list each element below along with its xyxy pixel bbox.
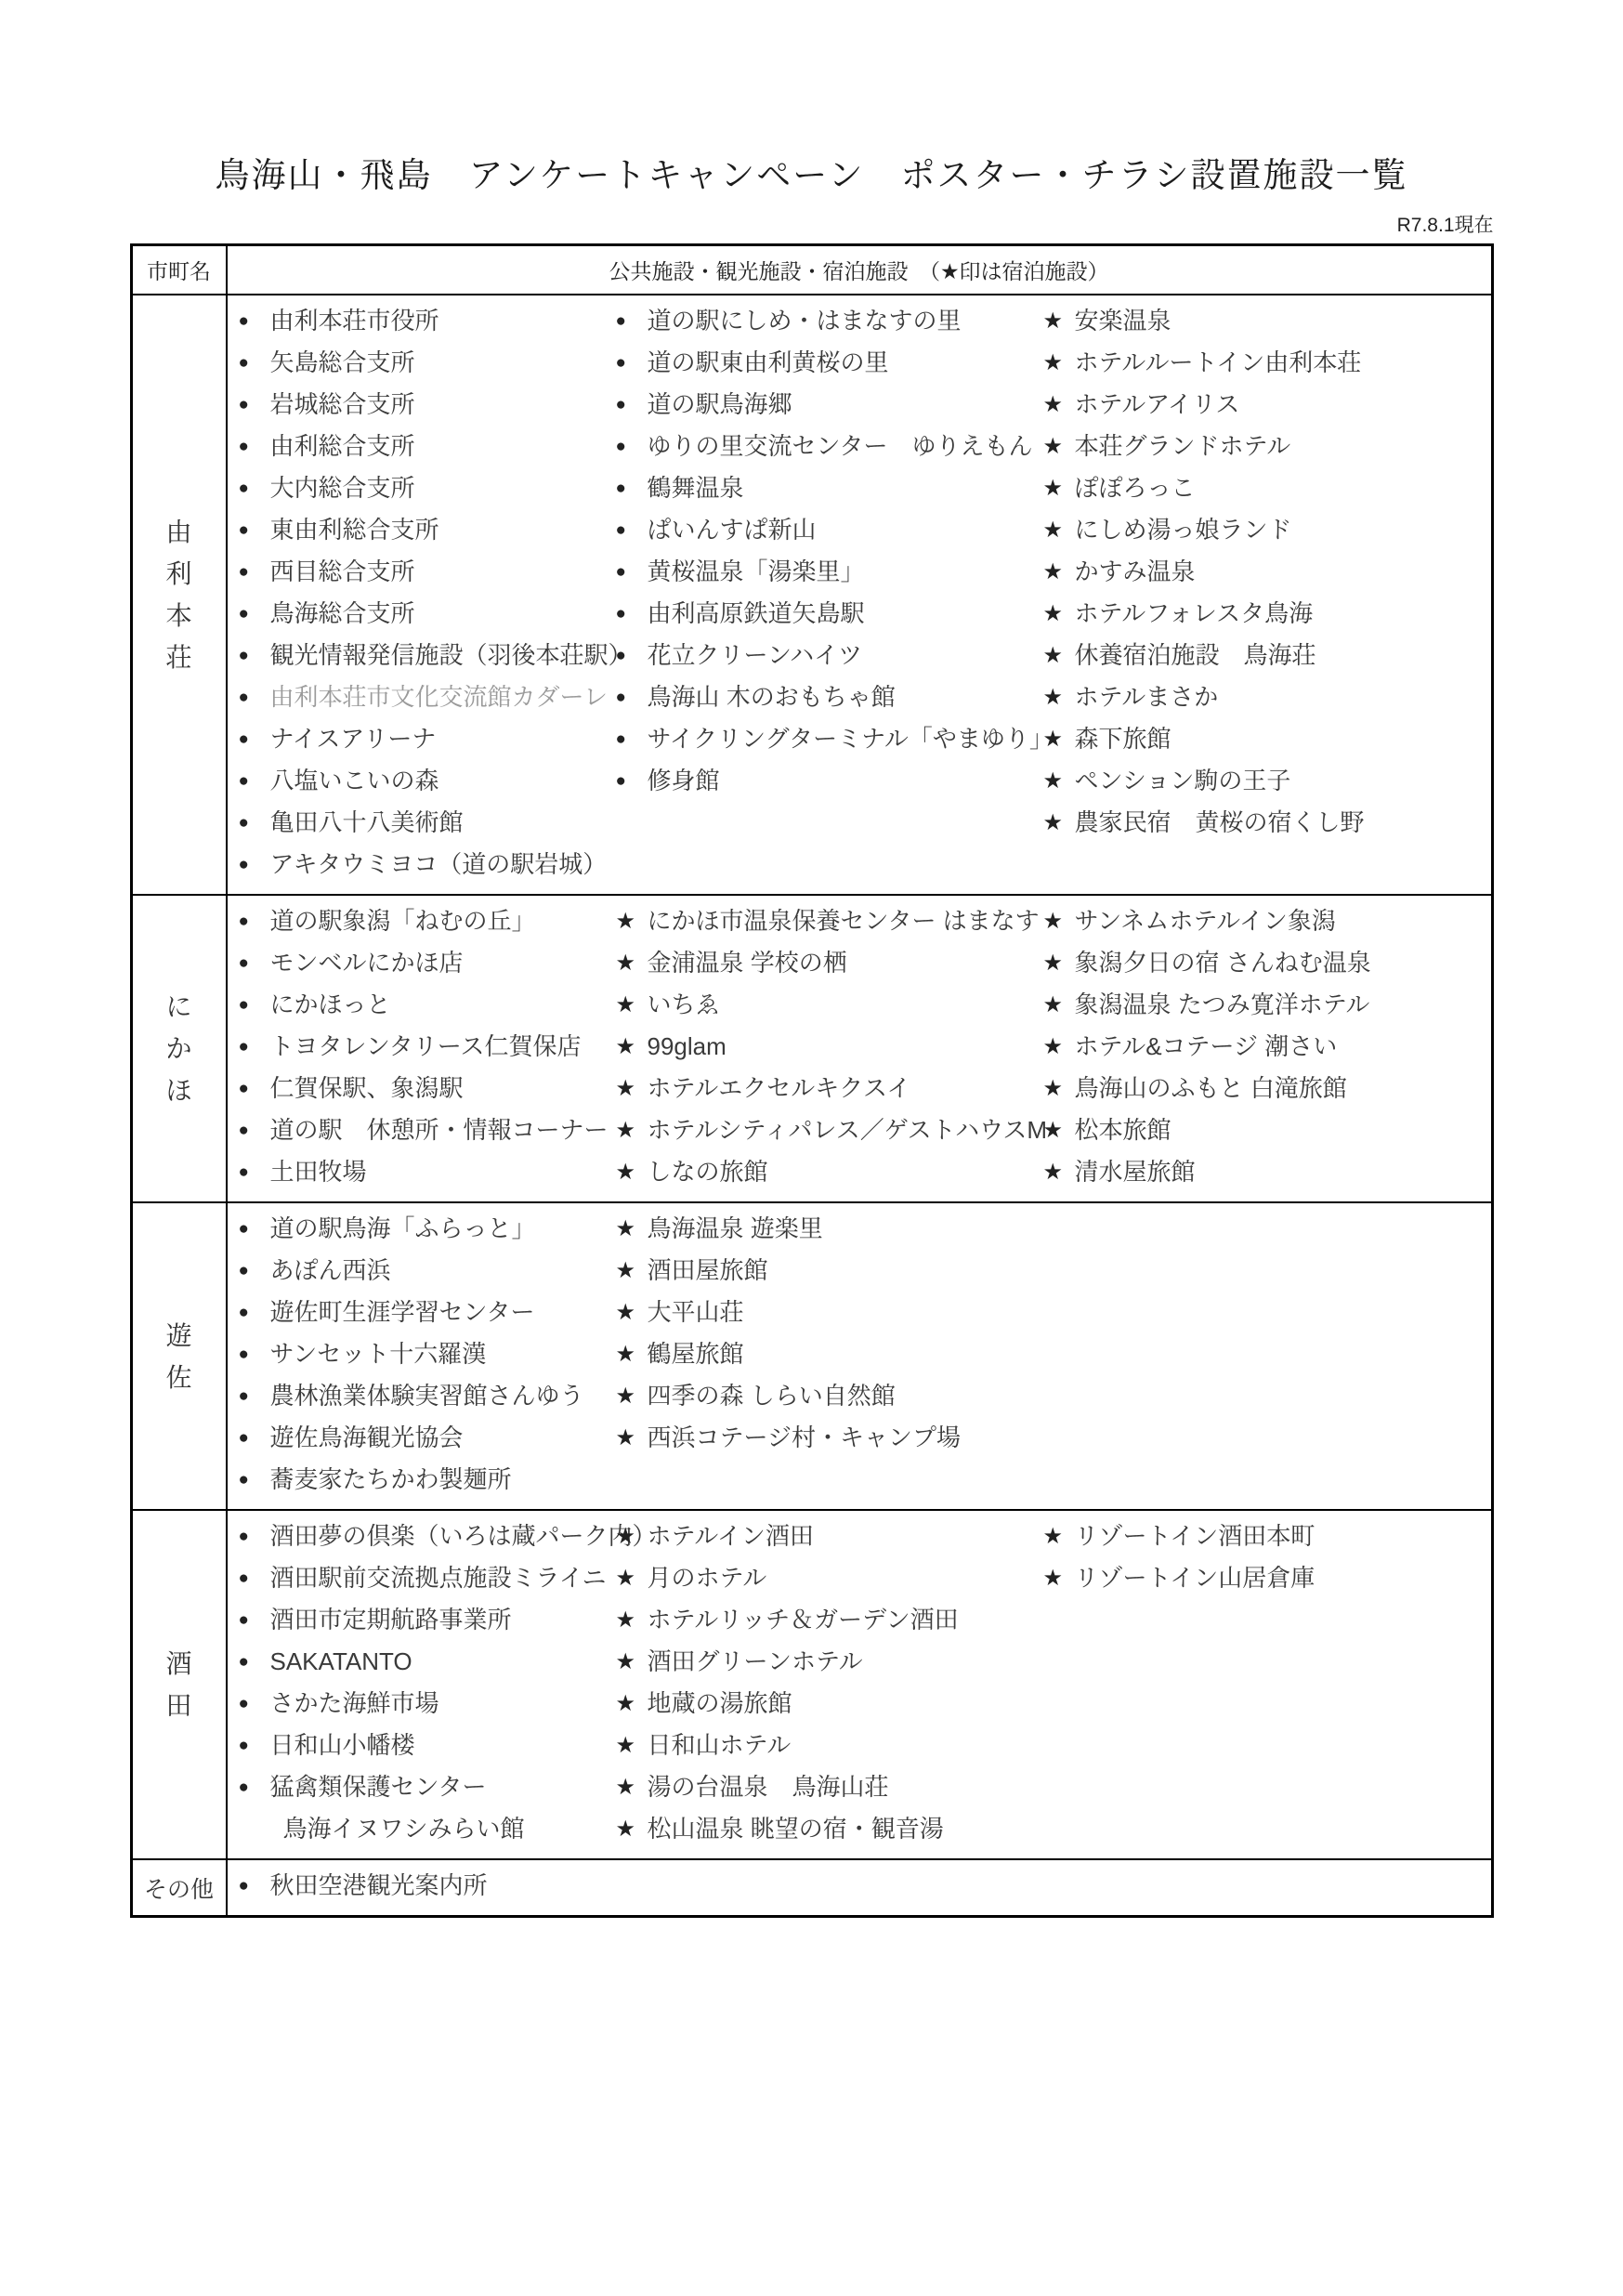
facility-column: ★にかほ市温泉保養センター はまなす★金浦温泉 学校の栖★いちゑ★99glam★…	[605, 900, 1032, 1193]
bullet-icon: ●	[239, 1109, 270, 1151]
facility-name: 遊佐町生涯学習センター	[270, 1292, 535, 1333]
section-row: 酒田●酒田夢の倶楽（いろは蔵パーク内）●酒田駅前交流拠点施設ミライニ●酒田市定期…	[133, 1511, 1491, 1860]
facility-name: リゾートイン酒田本町	[1075, 1515, 1315, 1557]
star-icon: ★	[616, 1333, 648, 1375]
facility-name: 鳥海総合支所	[270, 593, 415, 635]
facility-item: ★ホテルエクセルキクスイ	[605, 1068, 1032, 1109]
facility-name: ホテルフォレスタ鳥海	[1075, 593, 1314, 635]
star-icon: ★	[616, 1250, 648, 1292]
star-icon: ★	[616, 984, 648, 1026]
facility-name: 象潟夕日の宿 さんねむ温泉	[1075, 942, 1371, 984]
bullet-icon: ●	[616, 635, 648, 676]
facility-item: ●花立クリーンハイツ	[605, 635, 1032, 676]
facility-item: ●サイクリングターミナル「やまゆり」	[605, 718, 1032, 760]
facility-name: 安楽温泉	[1075, 300, 1171, 342]
table-body: 由利本荘●由利本荘市役所●矢島総合支所●岩城総合支所●由利総合支所●大内総合支所…	[133, 295, 1491, 1915]
facility-item: ●蕎麦家たちかわ製麺所	[228, 1459, 605, 1501]
facility-item: ★ホテル&コテージ 潮さい	[1032, 1026, 1491, 1068]
facility-items-cell: ●道の駅鳥海「ふらっと」●あぽん西浜●遊佐町生涯学習センター●サンセット十六羅漢…	[228, 1203, 1491, 1509]
star-icon: ★	[616, 1417, 648, 1459]
facility-name: 松本旅館	[1075, 1109, 1171, 1151]
municipality-cell: にかほ	[133, 896, 228, 1201]
facility-item: ●ぱいんすぱ新山	[605, 509, 1032, 551]
facility-name: 東由利総合支所	[270, 509, 439, 551]
bullet-icon: ●	[616, 342, 648, 384]
bullet-icon: ●	[616, 300, 648, 342]
facility-name: ホテルシティパレス／ゲストハウスM	[648, 1109, 1048, 1151]
bullet-icon: ●	[239, 300, 270, 342]
facility-item: ★大平山荘	[605, 1292, 1032, 1333]
facility-name: 花立クリーンハイツ	[648, 635, 863, 676]
facility-item: ★酒田屋旅館	[605, 1250, 1032, 1292]
star-icon: ★	[1043, 593, 1075, 635]
municipality-label: にかほ	[165, 986, 191, 1111]
page-title: 鳥海山・飛島 アンケートキャンペーン ポスター・チラシ設置施設一覧	[0, 0, 1623, 197]
facility-name: 酒田屋旅館	[648, 1250, 768, 1292]
facility-name: 月のホテル	[648, 1557, 767, 1599]
facility-item: ★象潟夕日の宿 さんねむ温泉	[1032, 942, 1491, 984]
facility-item: ★ホテルリッチ＆ガーデン酒田	[605, 1599, 1032, 1641]
municipality-header-cell: 市町名	[133, 246, 228, 294]
facility-item: ★本荘グランドホテル	[1032, 426, 1491, 467]
facility-name: 観光情報発信施設（羽後本荘駅）	[270, 635, 633, 676]
facility-name: 酒田グリーンホテル	[648, 1641, 863, 1683]
facility-item: ★松本旅館	[1032, 1109, 1491, 1151]
facility-column: ★安楽温泉★ホテルルートイン由利本荘★ホテルアイリス★本荘グランドホテル★ぽぽろ…	[1032, 300, 1491, 886]
star-icon: ★	[1043, 300, 1075, 342]
facility-name: 農家民宿 黄桜の宿くし野	[1075, 802, 1365, 844]
facility-item: ●ナイスアリーナ	[228, 718, 605, 760]
facility-name: 日和山ホテル	[648, 1725, 792, 1766]
star-icon: ★	[1043, 942, 1075, 984]
facility-column: ★リゾートイン酒田本町★リゾートイン山居倉庫	[1032, 1515, 1491, 1850]
star-icon: ★	[616, 1026, 648, 1068]
facility-name: トヨタレンタリース仁賀保店	[270, 1026, 582, 1068]
facility-name-continuation: 鳥海イヌワシみらい館	[228, 1808, 605, 1850]
facility-column: ●由利本荘市役所●矢島総合支所●岩城総合支所●由利総合支所●大内総合支所●東由利…	[228, 300, 605, 886]
municipality-label: その他	[144, 1871, 214, 1905]
facility-item: ★ホテルルートイン由利本荘	[1032, 342, 1491, 384]
section-row: 遊佐●道の駅鳥海「ふらっと」●あぽん西浜●遊佐町生涯学習センター●サンセット十六…	[133, 1203, 1491, 1511]
facility-item: ●八塩いこいの森	[228, 760, 605, 802]
facility-name: 鳥海山のふもと 白滝旅館	[1075, 1068, 1347, 1109]
facility-name: 由利本荘市役所	[270, 300, 439, 342]
star-icon: ★	[616, 942, 648, 984]
bullet-icon: ●	[239, 1417, 270, 1459]
facility-item: ●由利総合支所	[228, 426, 605, 467]
facility-name: 道の駅にしめ・はまなすの里	[648, 300, 962, 342]
document-page: 鳥海山・飛島 アンケートキャンペーン ポスター・チラシ設置施設一覧 R7.8.1…	[0, 0, 1623, 2296]
facility-name: 森下旅館	[1075, 718, 1171, 760]
facility-name: 本荘グランドホテル	[1075, 426, 1291, 467]
facility-name: 秋田空港観光案内所	[270, 1865, 488, 1907]
star-icon: ★	[1043, 509, 1075, 551]
facility-item: ●黄桜温泉「湯楽里」	[605, 551, 1032, 593]
facility-name: 四季の森 しらい自然館	[648, 1375, 896, 1417]
facility-item: ★ホテルアイリス	[1032, 384, 1491, 426]
bullet-icon: ●	[239, 676, 270, 718]
facility-item: ●西目総合支所	[228, 551, 605, 593]
facility-item: ★安楽温泉	[1032, 300, 1491, 342]
facility-name: にかほっと	[270, 984, 391, 1026]
facility-item: ★ホテルフォレスタ鳥海	[1032, 593, 1491, 635]
facility-name: 亀田八十八美術館	[270, 802, 464, 844]
bullet-icon: ●	[239, 1725, 270, 1766]
facility-name: 遊佐鳥海観光協会	[270, 1417, 464, 1459]
facility-name: ホテルルートイン由利本荘	[1075, 342, 1362, 384]
facility-item: ●岩城総合支所	[228, 384, 605, 426]
star-icon: ★	[1043, 1068, 1075, 1109]
facility-name: 99glam	[648, 1026, 726, 1068]
facility-name: サイクリングターミナル「やまゆり」	[648, 718, 1054, 760]
facility-item: ★かすみ温泉	[1032, 551, 1491, 593]
star-icon: ★	[1043, 342, 1075, 384]
facility-name: 由利高原鉄道矢島駅	[648, 593, 865, 635]
star-icon: ★	[616, 1766, 648, 1808]
facility-item: ★金浦温泉 学校の栖	[605, 942, 1032, 984]
facility-name: にしめ湯っ娘ランド	[1075, 509, 1292, 551]
facility-name: ぽぽろっこ	[1075, 467, 1196, 509]
facility-item: ●東由利総合支所	[228, 509, 605, 551]
facility-item: ●農林漁業体験実習館さんゆう	[228, 1375, 605, 1417]
bullet-icon: ●	[239, 467, 270, 509]
star-icon: ★	[616, 1808, 648, 1850]
facility-name: アキタウミヨコ（道の駅岩城）	[270, 844, 608, 886]
star-icon: ★	[616, 1151, 648, 1193]
bullet-icon: ●	[239, 1766, 270, 1808]
facility-name: 鳥海山 木のおもちゃ館	[648, 676, 896, 718]
facility-item: ★サンネムホテルイン象潟	[1032, 900, 1491, 942]
facility-name: 農林漁業体験実習館さんゆう	[270, 1375, 584, 1417]
facility-name: リゾートイン山居倉庫	[1075, 1557, 1315, 1599]
bullet-icon: ●	[239, 1208, 270, 1250]
bullet-icon: ●	[616, 760, 648, 802]
facility-name: 修身館	[648, 760, 720, 802]
facility-name: 地蔵の湯旅館	[648, 1683, 792, 1725]
bullet-icon: ●	[239, 1557, 270, 1599]
bullet-icon: ●	[616, 551, 648, 593]
facility-item: ●由利高原鉄道矢島駅	[605, 593, 1032, 635]
facility-item: ★森下旅館	[1032, 718, 1491, 760]
facility-name: 象潟温泉 たつみ寛洋ホテル	[1075, 984, 1370, 1026]
facility-item: ★松山温泉 眺望の宿・観音湯	[605, 1808, 1032, 1850]
facility-name: 鶴舞温泉	[648, 467, 744, 509]
star-icon: ★	[1043, 426, 1075, 467]
facility-items-cell: ●由利本荘市役所●矢島総合支所●岩城総合支所●由利総合支所●大内総合支所●東由利…	[228, 295, 1491, 894]
facility-item: ●道の駅 休憩所・情報コーナー	[228, 1109, 605, 1151]
facility-item: ★鳥海温泉 遊楽里	[605, 1208, 1032, 1250]
facility-item: ●道の駅鳥海郷	[605, 384, 1032, 426]
facility-item: ★鶴屋旅館	[605, 1333, 1032, 1375]
facility-item: ★にしめ湯っ娘ランド	[1032, 509, 1491, 551]
facility-name: 湯の台温泉 鳥海山荘	[648, 1766, 889, 1808]
facility-item: ●サンセット十六羅漢	[228, 1333, 605, 1375]
facility-item: ★リゾートイン酒田本町	[1032, 1515, 1491, 1557]
facility-item: ★地蔵の湯旅館	[605, 1683, 1032, 1725]
facility-name: ナイスアリーナ	[270, 718, 437, 760]
facility-name: ホテルアイリス	[1075, 384, 1240, 426]
bullet-icon: ●	[239, 1026, 270, 1068]
facility-name: 鶴屋旅館	[648, 1333, 744, 1375]
bullet-icon: ●	[616, 426, 648, 467]
facility-name: ホテルまさか	[1075, 676, 1219, 718]
facility-item: ●さかた海鮮市場	[228, 1683, 605, 1725]
facility-name: 鳥海温泉 遊楽里	[648, 1208, 823, 1250]
facility-name: あぽん西浜	[270, 1250, 391, 1292]
bullet-icon: ●	[239, 760, 270, 802]
facility-item: ●日和山小幡楼	[228, 1725, 605, 1766]
star-icon: ★	[1043, 384, 1075, 426]
star-icon: ★	[1043, 1026, 1075, 1068]
section-row: 由利本荘●由利本荘市役所●矢島総合支所●岩城総合支所●由利総合支所●大内総合支所…	[133, 295, 1491, 896]
star-icon: ★	[616, 1109, 648, 1151]
facility-name: ホテルエクセルキクスイ	[648, 1068, 911, 1109]
bullet-icon: ●	[239, 1151, 270, 1193]
bullet-icon: ●	[239, 802, 270, 844]
facility-item: ★リゾートイン山居倉庫	[1032, 1557, 1491, 1599]
facility-item: ★農家民宿 黄桜の宿くし野	[1032, 802, 1491, 844]
facility-name: 清水屋旅館	[1075, 1151, 1196, 1193]
star-icon: ★	[616, 1068, 648, 1109]
bullet-icon: ●	[239, 942, 270, 984]
star-icon: ★	[616, 1599, 648, 1641]
facility-item: ★99glam	[605, 1026, 1032, 1068]
bullet-icon: ●	[239, 1515, 270, 1557]
facility-item: ●大内総合支所	[228, 467, 605, 509]
facility-item: ●由利本荘市文化交流館カダーレ	[228, 676, 605, 718]
date-note: R7.8.1現在	[130, 210, 1494, 238]
facility-item: ●ゆりの里交流センター ゆりえもん	[605, 426, 1032, 467]
bullet-icon: ●	[239, 718, 270, 760]
bullet-icon: ●	[239, 844, 270, 886]
star-icon: ★	[1043, 718, 1075, 760]
bullet-icon: ●	[616, 593, 648, 635]
star-icon: ★	[616, 1375, 648, 1417]
facility-column: ●道の駅鳥海「ふらっと」●あぽん西浜●遊佐町生涯学習センター●サンセット十六羅漢…	[228, 1208, 605, 1501]
bullet-icon: ●	[239, 1292, 270, 1333]
bullet-icon: ●	[239, 1250, 270, 1292]
facility-item: ★日和山ホテル	[605, 1725, 1032, 1766]
facility-name: さかた海鮮市場	[270, 1683, 439, 1725]
facility-item: ★酒田グリーンホテル	[605, 1641, 1032, 1683]
facility-name: 酒田駅前交流拠点施設ミライニ	[270, 1557, 607, 1599]
facility-item: ●酒田市定期航路事業所	[228, 1599, 605, 1641]
bullet-icon: ●	[239, 1459, 270, 1501]
facility-column	[1032, 1865, 1491, 1907]
facility-item: ●SAKATANTO	[228, 1641, 605, 1683]
star-icon: ★	[1043, 802, 1075, 844]
star-icon: ★	[1043, 467, 1075, 509]
facility-column: ★ホテルイン酒田★月のホテル★ホテルリッチ＆ガーデン酒田★酒田グリーンホテル★地…	[605, 1515, 1032, 1850]
bullet-icon: ●	[239, 1865, 270, 1907]
facility-item: ●仁賀保駅、象潟駅	[228, 1068, 605, 1109]
facility-item: ★休養宿泊施設 鳥海荘	[1032, 635, 1491, 676]
star-icon: ★	[1043, 900, 1075, 942]
bullet-icon: ●	[239, 1641, 270, 1683]
facility-item: ●修身館	[605, 760, 1032, 802]
star-icon: ★	[616, 1292, 648, 1333]
facility-item: ★いちゑ	[605, 984, 1032, 1026]
facility-name: かすみ温泉	[1075, 551, 1196, 593]
facility-item: ★月のホテル	[605, 1557, 1032, 1599]
facility-item: ●あぽん西浜	[228, 1250, 605, 1292]
facility-item: ●にかほっと	[228, 984, 605, 1026]
facility-item: ●鶴舞温泉	[605, 467, 1032, 509]
facility-name: サンネムホテルイン象潟	[1075, 900, 1336, 942]
facility-item: ●道の駅にしめ・はまなすの里	[605, 300, 1032, 342]
facility-name: サンセット十六羅漢	[270, 1333, 487, 1375]
bullet-icon: ●	[239, 593, 270, 635]
facility-name: ゆりの里交流センター ゆりえもん	[648, 426, 1033, 467]
facility-name: 岩城総合支所	[270, 384, 415, 426]
municipality-label: 酒田	[165, 1643, 191, 1726]
star-icon: ★	[616, 900, 648, 942]
facility-item: ★ホテルシティパレス／ゲストハウスM	[605, 1109, 1032, 1151]
bullet-icon: ●	[239, 900, 270, 942]
facility-item: ★清水屋旅館	[1032, 1151, 1491, 1193]
facility-column: ●秋田空港観光案内所	[228, 1865, 605, 1907]
facility-name: 金浦温泉 学校の栖	[648, 942, 847, 984]
facility-item: ●遊佐鳥海観光協会	[228, 1417, 605, 1459]
bullet-icon: ●	[616, 467, 648, 509]
facilities-header-cell: 公共施設・観光施設・宿泊施設 （★印は宿泊施設）	[228, 246, 1491, 294]
facility-item: ★象潟温泉 たつみ寛洋ホテル	[1032, 984, 1491, 1026]
facility-column	[605, 1865, 1032, 1907]
star-icon: ★	[1043, 676, 1075, 718]
bullet-icon: ●	[239, 1068, 270, 1109]
facility-item: ●土田牧場	[228, 1151, 605, 1193]
star-icon: ★	[1043, 635, 1075, 676]
table-header-row: 市町名 公共施設・観光施設・宿泊施設 （★印は宿泊施設）	[133, 246, 1491, 295]
facility-table: 市町名 公共施設・観光施設・宿泊施設 （★印は宿泊施設） 由利本荘●由利本荘市役…	[130, 243, 1494, 1918]
bullet-icon: ●	[239, 635, 270, 676]
facility-column: ●酒田夢の倶楽（いろは蔵パーク内）●酒田駅前交流拠点施設ミライニ●酒田市定期航路…	[228, 1515, 605, 1850]
facility-name: 矢島総合支所	[270, 342, 415, 384]
facility-name: ペンション駒の王子	[1075, 760, 1291, 802]
facility-item: ●鳥海山 木のおもちゃ館	[605, 676, 1032, 718]
bullet-icon: ●	[616, 718, 648, 760]
bullet-icon: ●	[239, 1683, 270, 1725]
facility-item: ●由利本荘市役所	[228, 300, 605, 342]
municipality-cell: 由利本荘	[133, 295, 228, 894]
bullet-icon: ●	[239, 384, 270, 426]
municipality-label: 由利本荘	[165, 511, 191, 678]
star-icon: ★	[616, 1683, 648, 1725]
star-icon: ★	[1043, 1109, 1075, 1151]
facility-name: 大平山荘	[648, 1292, 744, 1333]
facility-name: 松山温泉 眺望の宿・観音湯	[648, 1808, 944, 1850]
star-icon: ★	[616, 1725, 648, 1766]
facility-name: 酒田市定期航路事業所	[270, 1599, 512, 1641]
facility-name: いちゑ	[648, 984, 720, 1026]
facility-name: 日和山小幡楼	[270, 1725, 415, 1766]
facility-name: モンベルにかほ店	[270, 942, 464, 984]
facility-items-cell: ●酒田夢の倶楽（いろは蔵パーク内）●酒田駅前交流拠点施設ミライニ●酒田市定期航路…	[228, 1511, 1491, 1858]
bullet-icon: ●	[239, 509, 270, 551]
facility-item: ●猛禽類保護センター	[228, 1766, 605, 1808]
bullet-icon: ●	[239, 551, 270, 593]
municipality-cell: 酒田	[133, 1511, 228, 1858]
bullet-icon: ●	[239, 1375, 270, 1417]
facility-item: ★鳥海山のふもと 白滝旅館	[1032, 1068, 1491, 1109]
municipality-cell: その他	[133, 1860, 228, 1915]
star-icon: ★	[1043, 760, 1075, 802]
facility-item: ★ホテルまさか	[1032, 676, 1491, 718]
facility-name: 仁賀保駅、象潟駅	[270, 1068, 464, 1109]
facility-item: ●鳥海総合支所	[228, 593, 605, 635]
facility-item: ●トヨタレンタリース仁賀保店	[228, 1026, 605, 1068]
facility-item: ★ぽぽろっこ	[1032, 467, 1491, 509]
facility-item: ★しなの旅館	[605, 1151, 1032, 1193]
bullet-icon: ●	[239, 1599, 270, 1641]
facility-name: 休養宿泊施設 鳥海荘	[1075, 635, 1316, 676]
facility-name: 道の駅鳥海「ふらっと」	[270, 1208, 536, 1250]
facility-item: ★西浜コテージ村・キャンプ場	[605, 1417, 1032, 1459]
facility-items-cell: ●道の駅象潟「ねむの丘」●モンベルにかほ店●にかほっと●トヨタレンタリース仁賀保…	[228, 896, 1491, 1201]
facility-name: 西浜コテージ村・キャンプ場	[648, 1417, 961, 1459]
facility-column: ★鳥海温泉 遊楽里★酒田屋旅館★大平山荘★鶴屋旅館★四季の森 しらい自然館★西浜…	[605, 1208, 1032, 1501]
facility-item: ●モンベルにかほ店	[228, 942, 605, 984]
facility-item: ●酒田駅前交流拠点施設ミライニ	[228, 1557, 605, 1599]
star-icon: ★	[1043, 551, 1075, 593]
facility-name: 道の駅 休憩所・情報コーナー	[270, 1109, 609, 1151]
facility-name: 道の駅東由利黄桜の里	[648, 342, 889, 384]
facility-name: 蕎麦家たちかわ製麺所	[270, 1459, 512, 1501]
facility-name: 八塩いこいの森	[270, 760, 439, 802]
facility-item: ●アキタウミヨコ（道の駅岩城）	[228, 844, 605, 886]
facility-item: ●道の駅象潟「ねむの丘」	[228, 900, 605, 942]
facility-name: しなの旅館	[648, 1151, 768, 1193]
star-icon: ★	[616, 1515, 648, 1557]
section-row: その他●秋田空港観光案内所	[133, 1860, 1491, 1915]
star-icon: ★	[1043, 1515, 1075, 1557]
facility-column: ★サンネムホテルイン象潟★象潟夕日の宿 さんねむ温泉★象潟温泉 たつみ寛洋ホテル…	[1032, 900, 1491, 1193]
facility-item: ●亀田八十八美術館	[228, 802, 605, 844]
municipality-label: 遊佐	[165, 1315, 191, 1398]
facility-name: 酒田夢の倶楽（いろは蔵パーク内）	[270, 1515, 657, 1557]
star-icon: ★	[1043, 984, 1075, 1026]
facility-item: ★ペンション駒の王子	[1032, 760, 1491, 802]
bullet-icon: ●	[616, 384, 648, 426]
bullet-icon: ●	[239, 1333, 270, 1375]
facility-items-cell: ●秋田空港観光案内所	[228, 1860, 1491, 1915]
bullet-icon: ●	[616, 509, 648, 551]
facility-name: 黄桜温泉「湯楽里」	[648, 551, 865, 593]
facility-name: SAKATANTO	[270, 1641, 412, 1683]
facility-name: 由利本荘市文化交流館カダーレ	[270, 676, 608, 718]
facility-name: にかほ市温泉保養センター はまなす	[648, 900, 1040, 942]
facility-name: 西目総合支所	[270, 551, 415, 593]
facility-name: ホテル&コテージ 潮さい	[1075, 1026, 1338, 1068]
facility-name: ホテルリッチ＆ガーデン酒田	[648, 1599, 959, 1641]
facility-column: ●道の駅にしめ・はまなすの里●道の駅東由利黄桜の里●道の駅鳥海郷●ゆりの里交流セ…	[605, 300, 1032, 886]
bullet-icon: ●	[239, 984, 270, 1026]
facility-name: 大内総合支所	[270, 467, 415, 509]
facility-name: 由利総合支所	[270, 426, 415, 467]
star-icon: ★	[616, 1557, 648, 1599]
facility-column	[1032, 1208, 1491, 1501]
section-row: にかほ●道の駅象潟「ねむの丘」●モンベルにかほ店●にかほっと●トヨタレンタリース…	[133, 896, 1491, 1203]
bullet-icon: ●	[239, 426, 270, 467]
bullet-icon: ●	[616, 676, 648, 718]
facility-column: ●道の駅象潟「ねむの丘」●モンベルにかほ店●にかほっと●トヨタレンタリース仁賀保…	[228, 900, 605, 1193]
bullet-icon: ●	[239, 342, 270, 384]
facility-name: ホテルイン酒田	[648, 1515, 814, 1557]
facility-name: ぱいんすぱ新山	[648, 509, 817, 551]
facility-item: ●観光情報発信施設（羽後本荘駅）	[228, 635, 605, 676]
facility-item: ●酒田夢の倶楽（いろは蔵パーク内）	[228, 1515, 605, 1557]
municipality-cell: 遊佐	[133, 1203, 228, 1509]
